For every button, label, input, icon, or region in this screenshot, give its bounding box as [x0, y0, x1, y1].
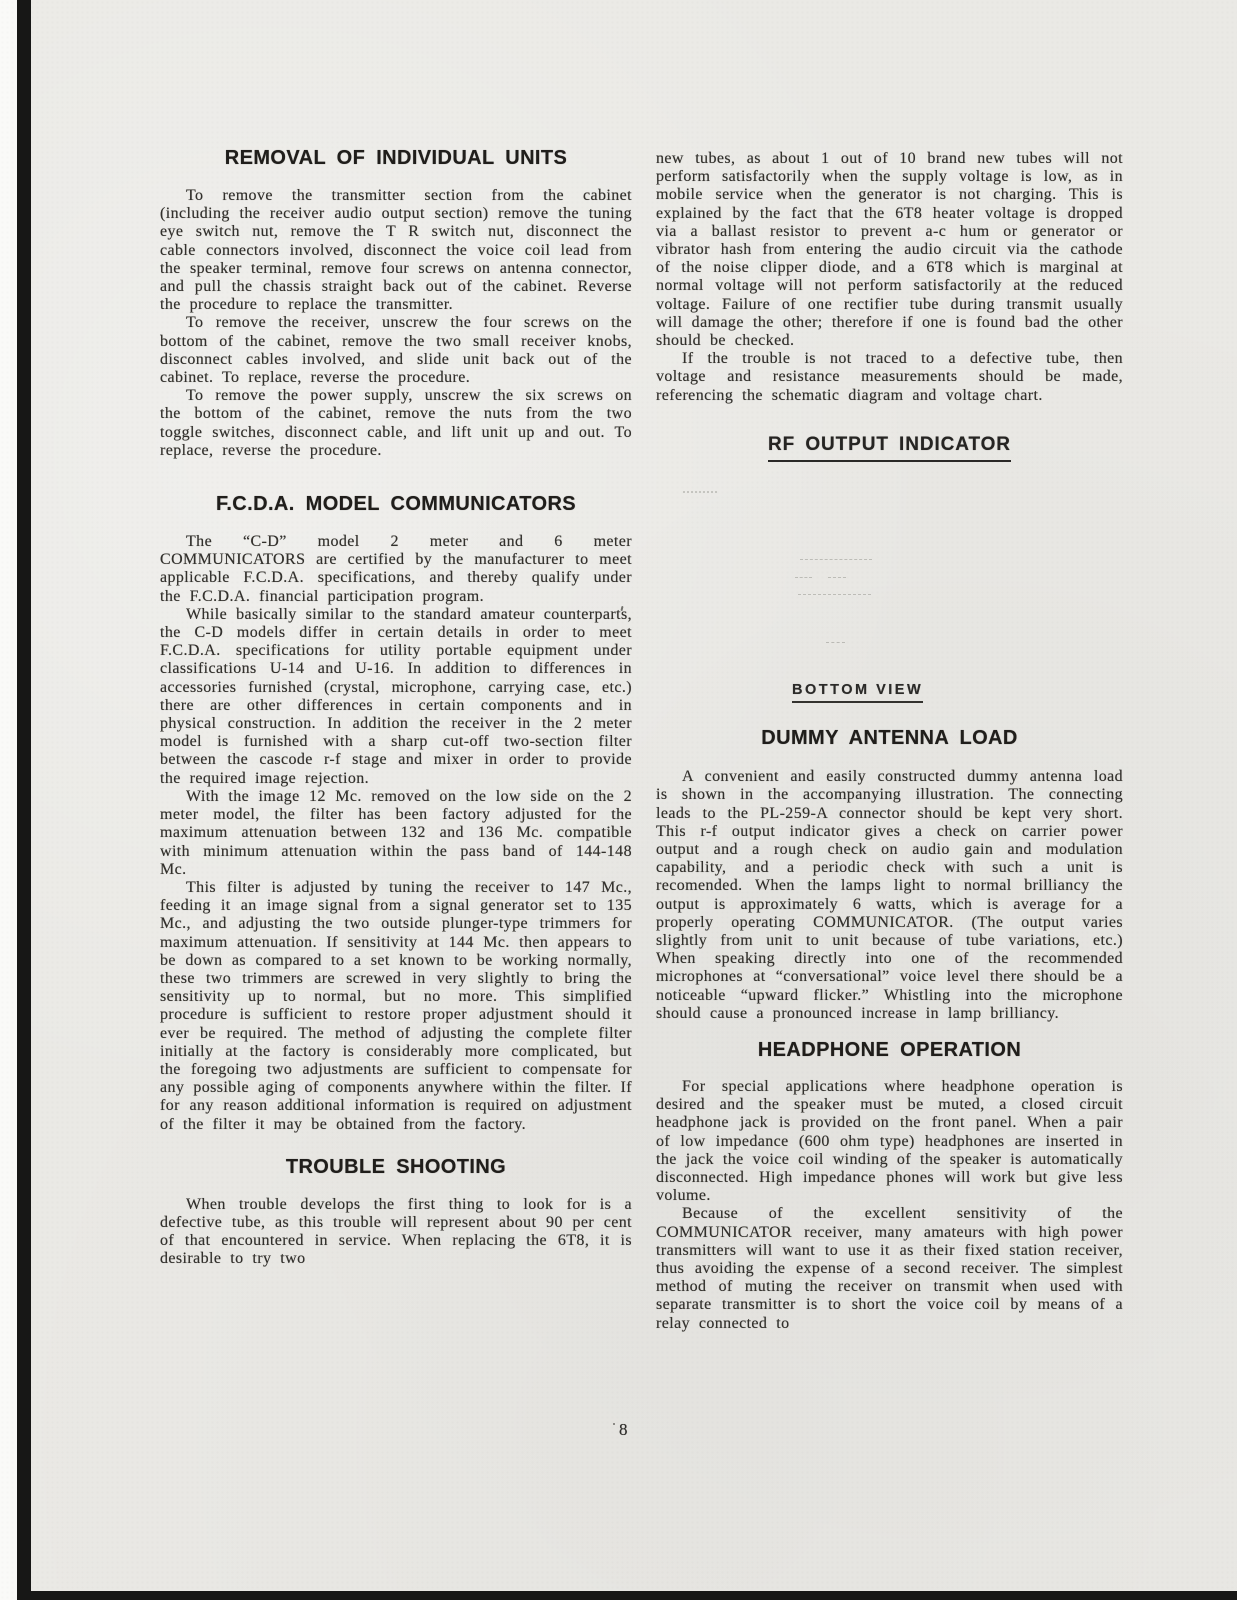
- figure-faint-mark: [828, 577, 846, 578]
- figure-caption-row: BOTTOM VIEW: [656, 681, 1123, 703]
- scan-border-bottom: [17, 1591, 1237, 1600]
- section-heading-trouble-shooting: TROUBLE SHOOTING: [160, 1156, 632, 1179]
- paragraph: While basically similar to the standard …: [160, 606, 632, 788]
- paragraph: When trouble develops the first thing to…: [160, 1196, 632, 1269]
- paragraph: A convenient and easily constructed dumm…: [656, 768, 1123, 1023]
- section-heading-fcda: F.C.D.A. MODEL COMMUNICATORS: [160, 493, 632, 516]
- scan-edge-white: [0, 0, 17, 1600]
- paragraph: If the trouble is not traced to a defect…: [656, 350, 1123, 405]
- figure-caption-bottom-view: BOTTOM VIEW: [792, 682, 923, 703]
- paragraph: This filter is adjusted by tuning the re…: [160, 879, 632, 1134]
- section-heading-dummy-antenna: DUMMY ANTENNA LOAD: [656, 727, 1123, 750]
- paragraph: To remove the transmitter section from t…: [160, 187, 632, 314]
- figure-faint-mark: [798, 594, 871, 595]
- paragraph: new tubes, as about 1 out of 10 brand ne…: [656, 150, 1123, 350]
- section-heading-headphone: HEADPHONE OPERATION: [656, 1039, 1123, 1062]
- paragraph: To remove the receiver, unscrew the four…: [160, 314, 632, 387]
- paragraph: With the image 12 Mc. removed on the low…: [160, 788, 632, 879]
- figure-faint-mark: [795, 577, 812, 578]
- section-heading-rf-output: RF OUTPUT INDICATOR: [768, 435, 1011, 462]
- section-heading-rf-output-wrapper: RF OUTPUT INDICATOR: [656, 435, 1123, 462]
- scanned-manual-page: REMOVAL OF INDIVIDUAL UNITS To remove th…: [0, 0, 1237, 1600]
- left-column: REMOVAL OF INDIVIDUAL UNITS To remove th…: [160, 147, 632, 1269]
- right-column: new tubes, as about 1 out of 10 brand ne…: [656, 150, 1123, 1333]
- paragraph: To remove the power supply, unscrew the …: [160, 387, 632, 460]
- figure-faint-mark: [800, 559, 872, 560]
- figure-faint-mark: [826, 642, 845, 643]
- page-number: 8: [619, 1421, 628, 1438]
- paragraph: For special applications where headphone…: [656, 1078, 1123, 1205]
- paragraph: Because of the excellent sensitivity of …: [656, 1205, 1123, 1332]
- figure-faint-mark: [683, 491, 717, 493]
- paragraph: The “C-D” model 2 meter and 6 meter COMM…: [160, 533, 632, 606]
- rf-output-indicator-figure: [656, 472, 1123, 677]
- section-heading-removal: REMOVAL OF INDIVIDUAL UNITS: [160, 147, 632, 170]
- scan-border-left: [17, 0, 31, 1600]
